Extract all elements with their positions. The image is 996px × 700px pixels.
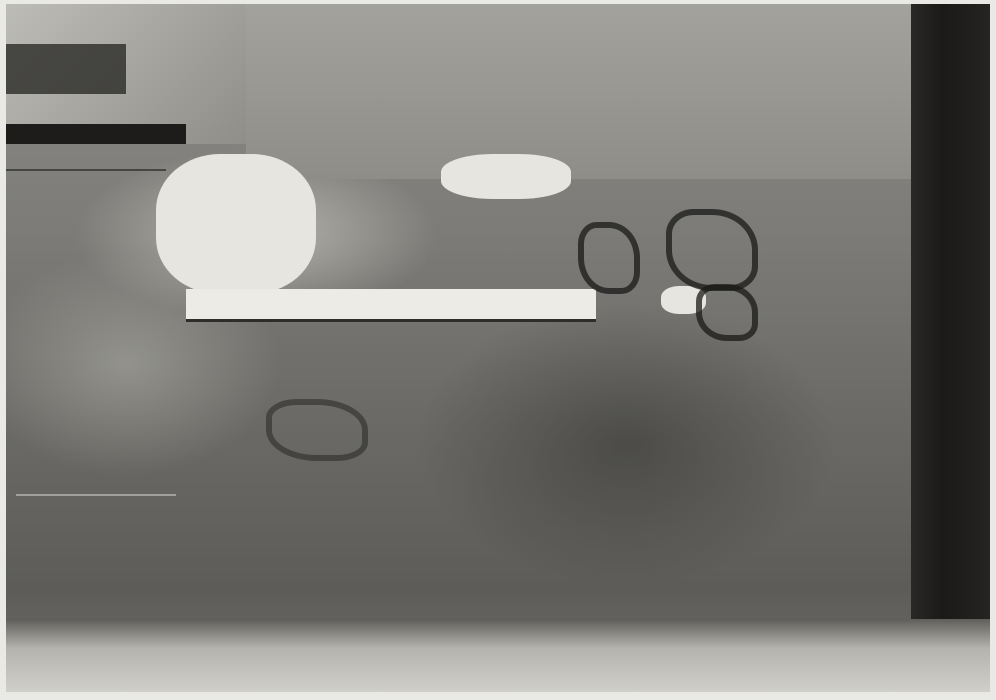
painted-motif [578,222,640,294]
painted-motif [666,209,758,291]
plaster-repair [156,154,316,294]
plaster-repair-band [186,289,596,322]
fresco-photograph [6,4,990,692]
upper-fresco-panel [246,4,916,179]
plaster-repair [441,154,571,199]
painted-motif [266,399,368,461]
floor [6,619,990,692]
door-frame [911,4,990,619]
dark-ledge [6,124,186,144]
painted-motif [696,284,758,341]
dark-patch [6,44,126,94]
crack [6,169,166,171]
crack [16,494,176,496]
